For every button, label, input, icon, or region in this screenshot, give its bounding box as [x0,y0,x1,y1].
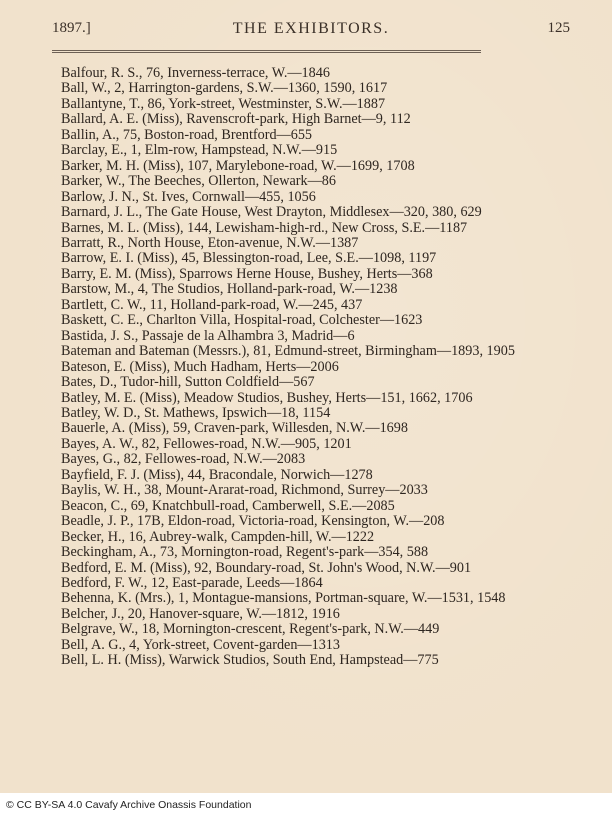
exhibitor-list: Balfour, R. S., 76, Inverness-terrace, W… [61,66,581,669]
exhibitor-entry: Barclay, E., 1, Elm-row, Hampstead, N.W.… [61,143,581,158]
exhibitor-entry: Barstow, M., 4, The Studios, Holland-par… [61,282,581,297]
exhibitor-entry: Bateman and Bateman (Messrs.), 81, Edmun… [61,344,581,359]
exhibitor-entry: Bayfield, F. J. (Miss), 44, Bracondale, … [61,468,581,483]
exhibitor-entry: Barker, M. H. (Miss), 107, Marylebone-ro… [61,159,581,174]
exhibitor-entry: Belgrave, W., 18, Mornington-crescent, R… [61,622,581,637]
exhibitor-entry: Bastida, J. S., Passaje de la Alhambra 3… [61,329,581,344]
exhibitor-entry: Bates, D., Tudor-hill, Sutton Coldfield—… [61,375,581,390]
exhibitor-entry: Barnard, J. L., The Gate House, West Dra… [61,205,581,220]
exhibitor-entry: Bell, A. G., 4, York-street, Covent-gard… [61,638,581,653]
exhibitor-entry: Beacon, C., 69, Knatchbull-road, Camberw… [61,499,581,514]
exhibitor-entry: Ballin, A., 75, Boston-road, Brentford—6… [61,128,581,143]
exhibitor-entry: Barrow, E. I. (Miss), 45, Blessington-ro… [61,251,581,266]
exhibitor-entry: Balfour, R. S., 76, Inverness-terrace, W… [61,66,581,81]
page-number: 125 [548,20,571,37]
exhibitor-entry: Ballantyne, T., 86, York-street, Westmin… [61,97,581,112]
page-title: THE EXHIBITORS. [52,20,570,38]
exhibitor-entry: Baskett, C. E., Charlton Villa, Hospital… [61,313,581,328]
exhibitor-entry: Beadle, J. P., 17B, Eldon-road, Victoria… [61,514,581,529]
credit-bar: © CC BY-SA 4.0 Cavafy Archive Onassis Fo… [0,793,612,817]
exhibitor-entry: Batley, W. D., St. Mathews, Ipswich—18, … [61,406,581,421]
exhibitor-entry: Bateson, E. (Miss), Much Hadham, Herts—2… [61,360,581,375]
exhibitor-entry: Barratt, R., North House, Eton-avenue, N… [61,236,581,251]
exhibitor-entry: Bartlett, C. W., 11, Holland-park-road, … [61,298,581,313]
exhibitor-entry: Barry, E. M. (Miss), Sparrows Herne Hous… [61,267,581,282]
scanned-page: 1897.] THE EXHIBITORS. 125 Balfour, R. S… [0,0,612,793]
exhibitor-entry: Bayes, A. W., 82, Fellowes-road, N.W.—90… [61,437,581,452]
exhibitor-entry: Beckingham, A., 73, Mornington-road, Reg… [61,545,581,560]
exhibitor-entry: Ballard, A. E. (Miss), Ravenscroft-park,… [61,112,581,127]
exhibitor-entry: Bauerle, A. (Miss), 59, Craven-park, Wil… [61,421,581,436]
exhibitor-entry: Baylis, W. H., 38, Mount-Ararat-road, Ri… [61,483,581,498]
exhibitor-entry: Barker, W., The Beeches, Ollerton, Newar… [61,174,581,189]
exhibitor-entry: Barnes, M. L. (Miss), 144, Lewisham-high… [61,221,581,236]
exhibitor-entry: Belcher, J., 20, Hanover-square, W.—1812… [61,607,581,622]
exhibitor-entry: Bedford, E. M. (Miss), 92, Boundary-road… [61,561,581,576]
exhibitor-entry: Becker, H., 16, Aubrey-walk, Campden-hil… [61,530,581,545]
exhibitor-entry: Bell, L. H. (Miss), Warwick Studios, Sou… [61,653,581,668]
running-head: 1897.] THE EXHIBITORS. 125 [52,20,570,44]
header-rule [52,50,481,53]
exhibitor-entry: Batley, M. E. (Miss), Meadow Studios, Bu… [61,391,581,406]
exhibitor-entry: Behenna, K. (Mrs.), 1, Montague-mansions… [61,591,581,606]
exhibitor-entry: Bayes, G., 82, Fellowes-road, N.W.—2083 [61,452,581,467]
exhibitor-entry: Bedford, F. W., 12, East-parade, Leeds—1… [61,576,581,591]
exhibitor-entry: Barlow, J. N., St. Ives, Cornwall—455, 1… [61,190,581,205]
exhibitor-entry: Ball, W., 2, Harrington-gardens, S.W.—13… [61,81,581,96]
copyright-credit: © CC BY-SA 4.0 Cavafy Archive Onassis Fo… [6,799,251,811]
